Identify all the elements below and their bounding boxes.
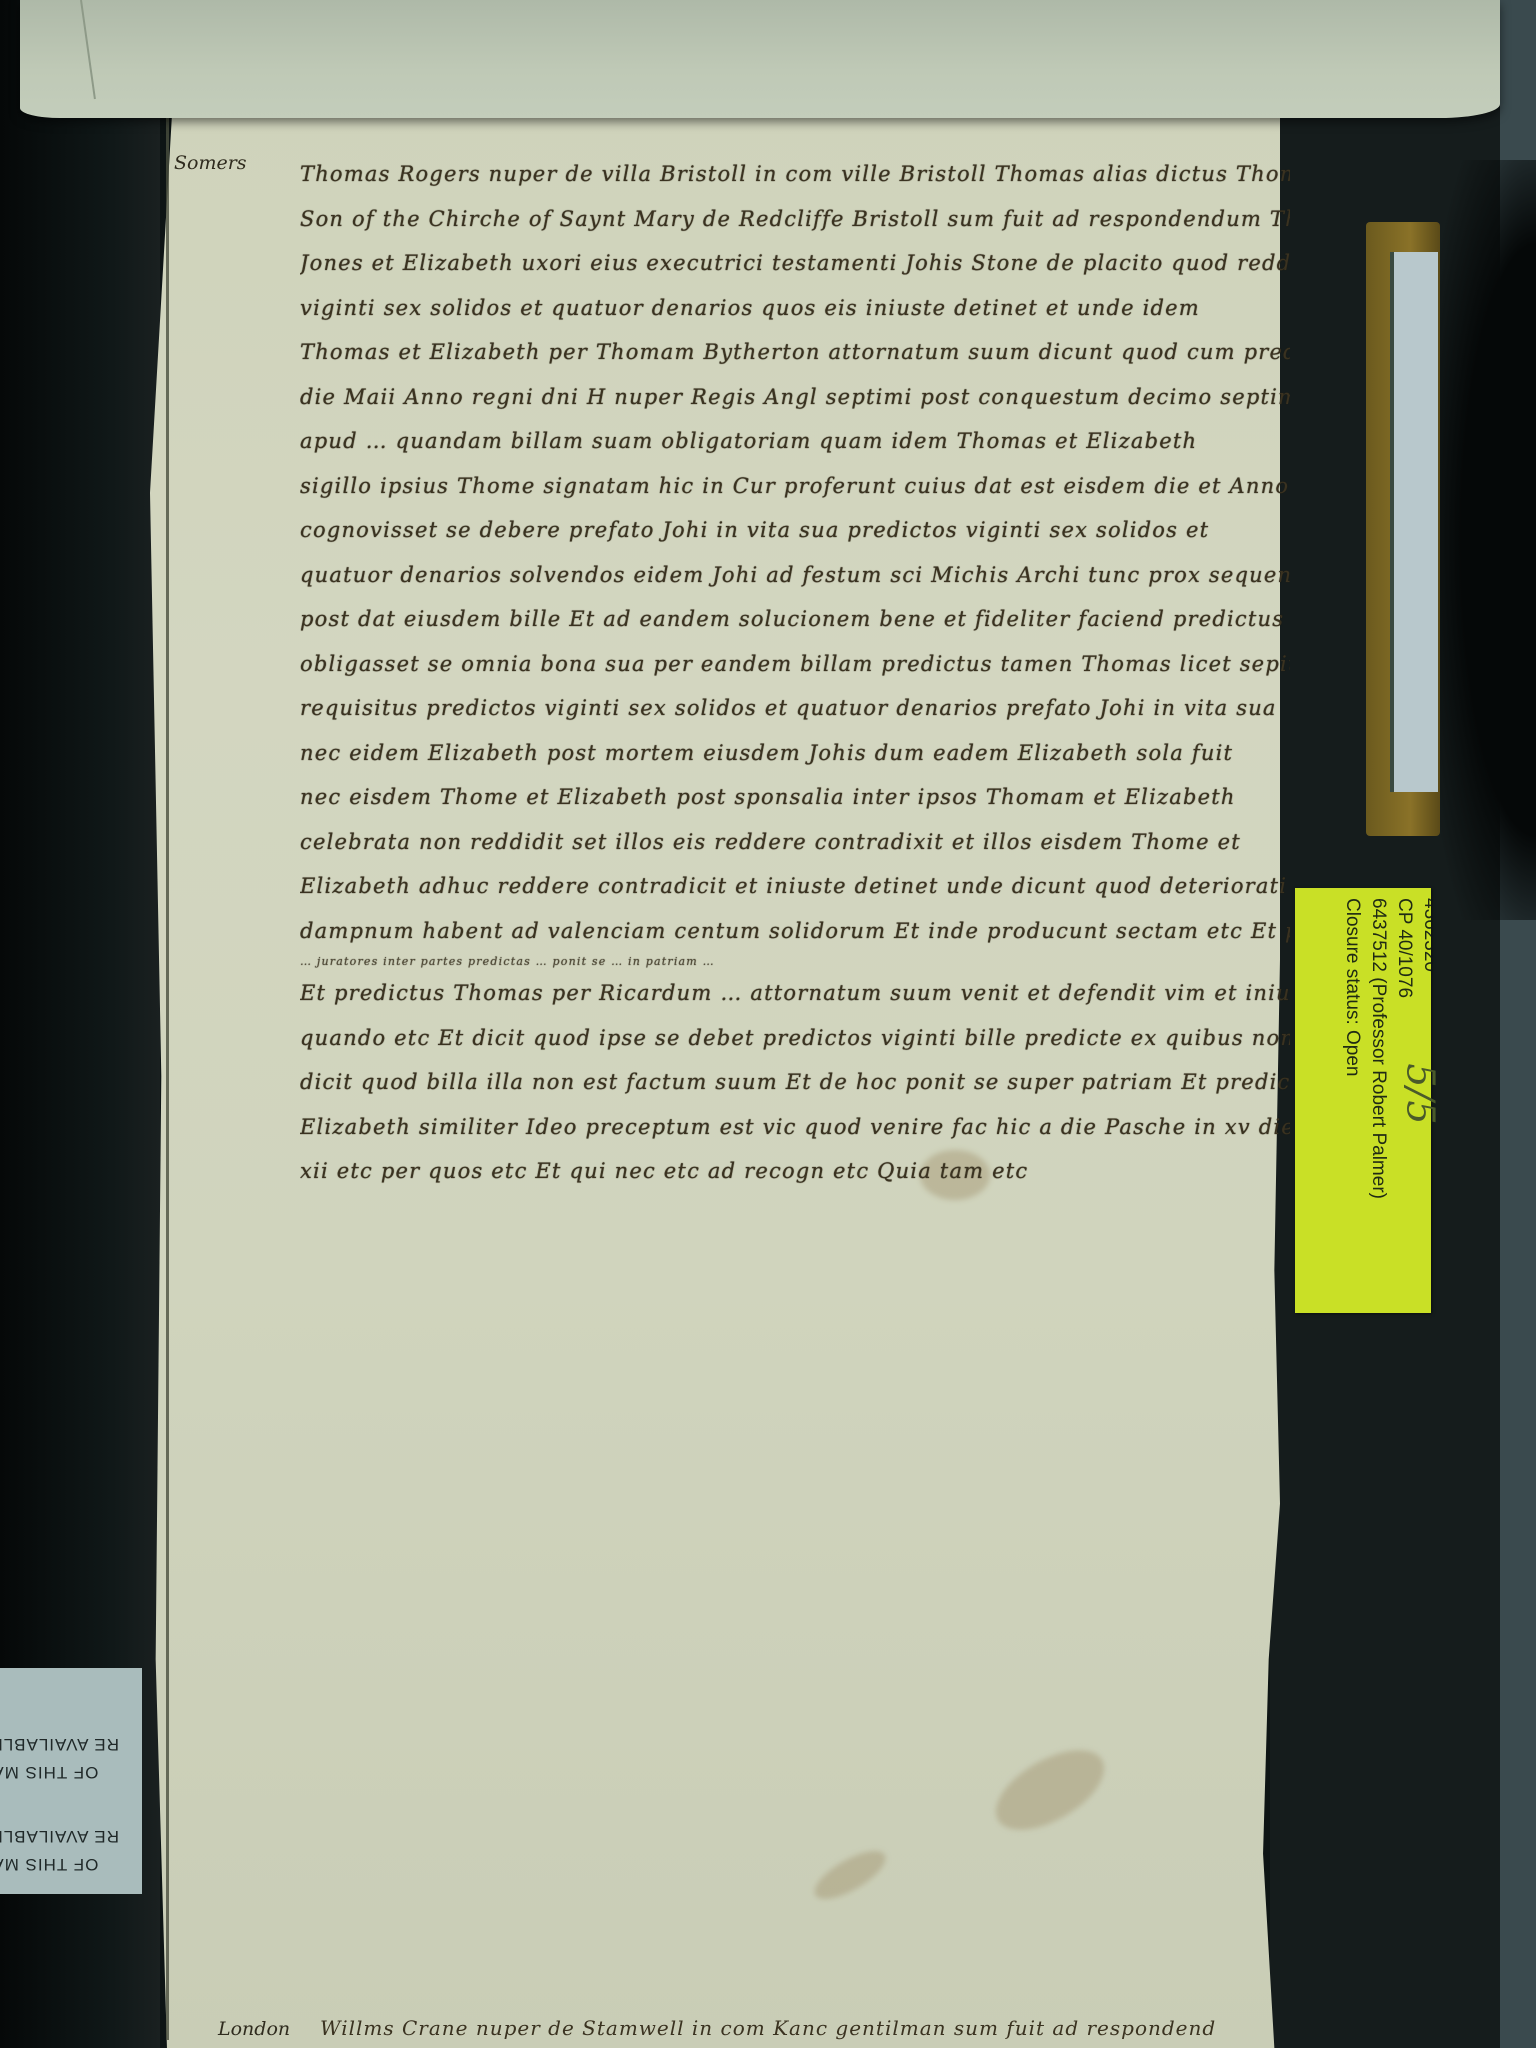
text-line: Son of the Chirche of Saynt Mary de Redc… [300,197,1290,242]
notice-line: OF THIS MARKI [0,1762,98,1782]
text-line: obligasset se omnia bona sua per eandem … [300,642,1290,687]
marginal-county-top: Somers [174,152,247,174]
text-line: die Maii Anno regni dni H nuper Regis An… [300,375,1290,420]
frame-panel [1390,252,1438,792]
text-line: dampnum habent ad valenciam centum solid… [300,909,1290,954]
text-line: Et predictus Thomas per Ricardum … attor… [300,971,1290,1016]
wooden-frame [1366,222,1440,836]
shadow [1440,160,1536,920]
text-line: quatuor denarios solvendos eidem Johi ad… [300,553,1290,598]
text-line: requisitus predictos viginti sex solidos… [300,686,1290,731]
text-line: quando etc Et dicit quod ipse se debet p… [300,1016,1290,1061]
label-image-id: 6437512 (Professor Robert Palmer) [1365,898,1391,1303]
notice-sheet: RE AVAILABLE FR OF THIS MARKI RE AVAILAB… [0,1668,142,1894]
text-line: sigillo ipsius Thome signatam hic in Cur… [300,464,1290,509]
manuscript-text: Thomas Rogers nuper de villa Bristoll in… [300,152,1290,1194]
text-line: viginti sex solidos et quatuor denarios … [300,286,1290,331]
next-entry-line: Willms Crane nuper de Stamwell in com Ka… [320,2016,1370,2040]
text-line: Elizabeth similiter Ideo preceptum est v… [300,1105,1290,1150]
text-line: celebrata non reddidit set illos eis red… [300,820,1290,865]
text-line: nec eisdem Thome et Elizabeth post spons… [300,775,1290,820]
text-line: post dat eiusdem bille Et ad eandem solu… [300,597,1290,642]
roll-crease [80,0,96,99]
handwritten-note: 5/5 [1399,1063,1443,1124]
text-line: Jones et Elizabeth uxori eius executrici… [300,241,1290,286]
interlinear-note: … juratores inter partes predictas … pon… [300,953,1290,971]
notice-line: RE AVAILABLE FR [0,1826,119,1846]
text-line: xii etc per quos etc Et qui nec etc ad r… [300,1149,1290,1194]
marginal-county-bottom: London [218,2018,290,2040]
text-line: nec eidem Elizabeth post mortem eiusdem … [300,731,1290,776]
membrane-edge-line [166,110,169,2040]
text-line: Thomas Rogers nuper de villa Bristoll in… [300,152,1290,197]
text-line: Elizabeth adhuc reddere contradicit et i… [300,864,1290,909]
text-line: dicit quod billa illa non est factum suu… [300,1060,1290,1105]
text-line: apud … quandam billam suam obligatoriam … [300,419,1290,464]
rolled-membrane-top [20,0,1500,118]
label-closure-status: Closure status: Open [1339,898,1365,1303]
text-line: cognovisset se debere prefato Johi in vi… [300,508,1290,553]
notice-line: OF THIS MARKI [0,1854,98,1874]
notice-line: RE AVAILABLE FR [0,1734,119,1754]
text-line: Thomas et Elizabeth per Thomam Bytherton… [300,330,1290,375]
